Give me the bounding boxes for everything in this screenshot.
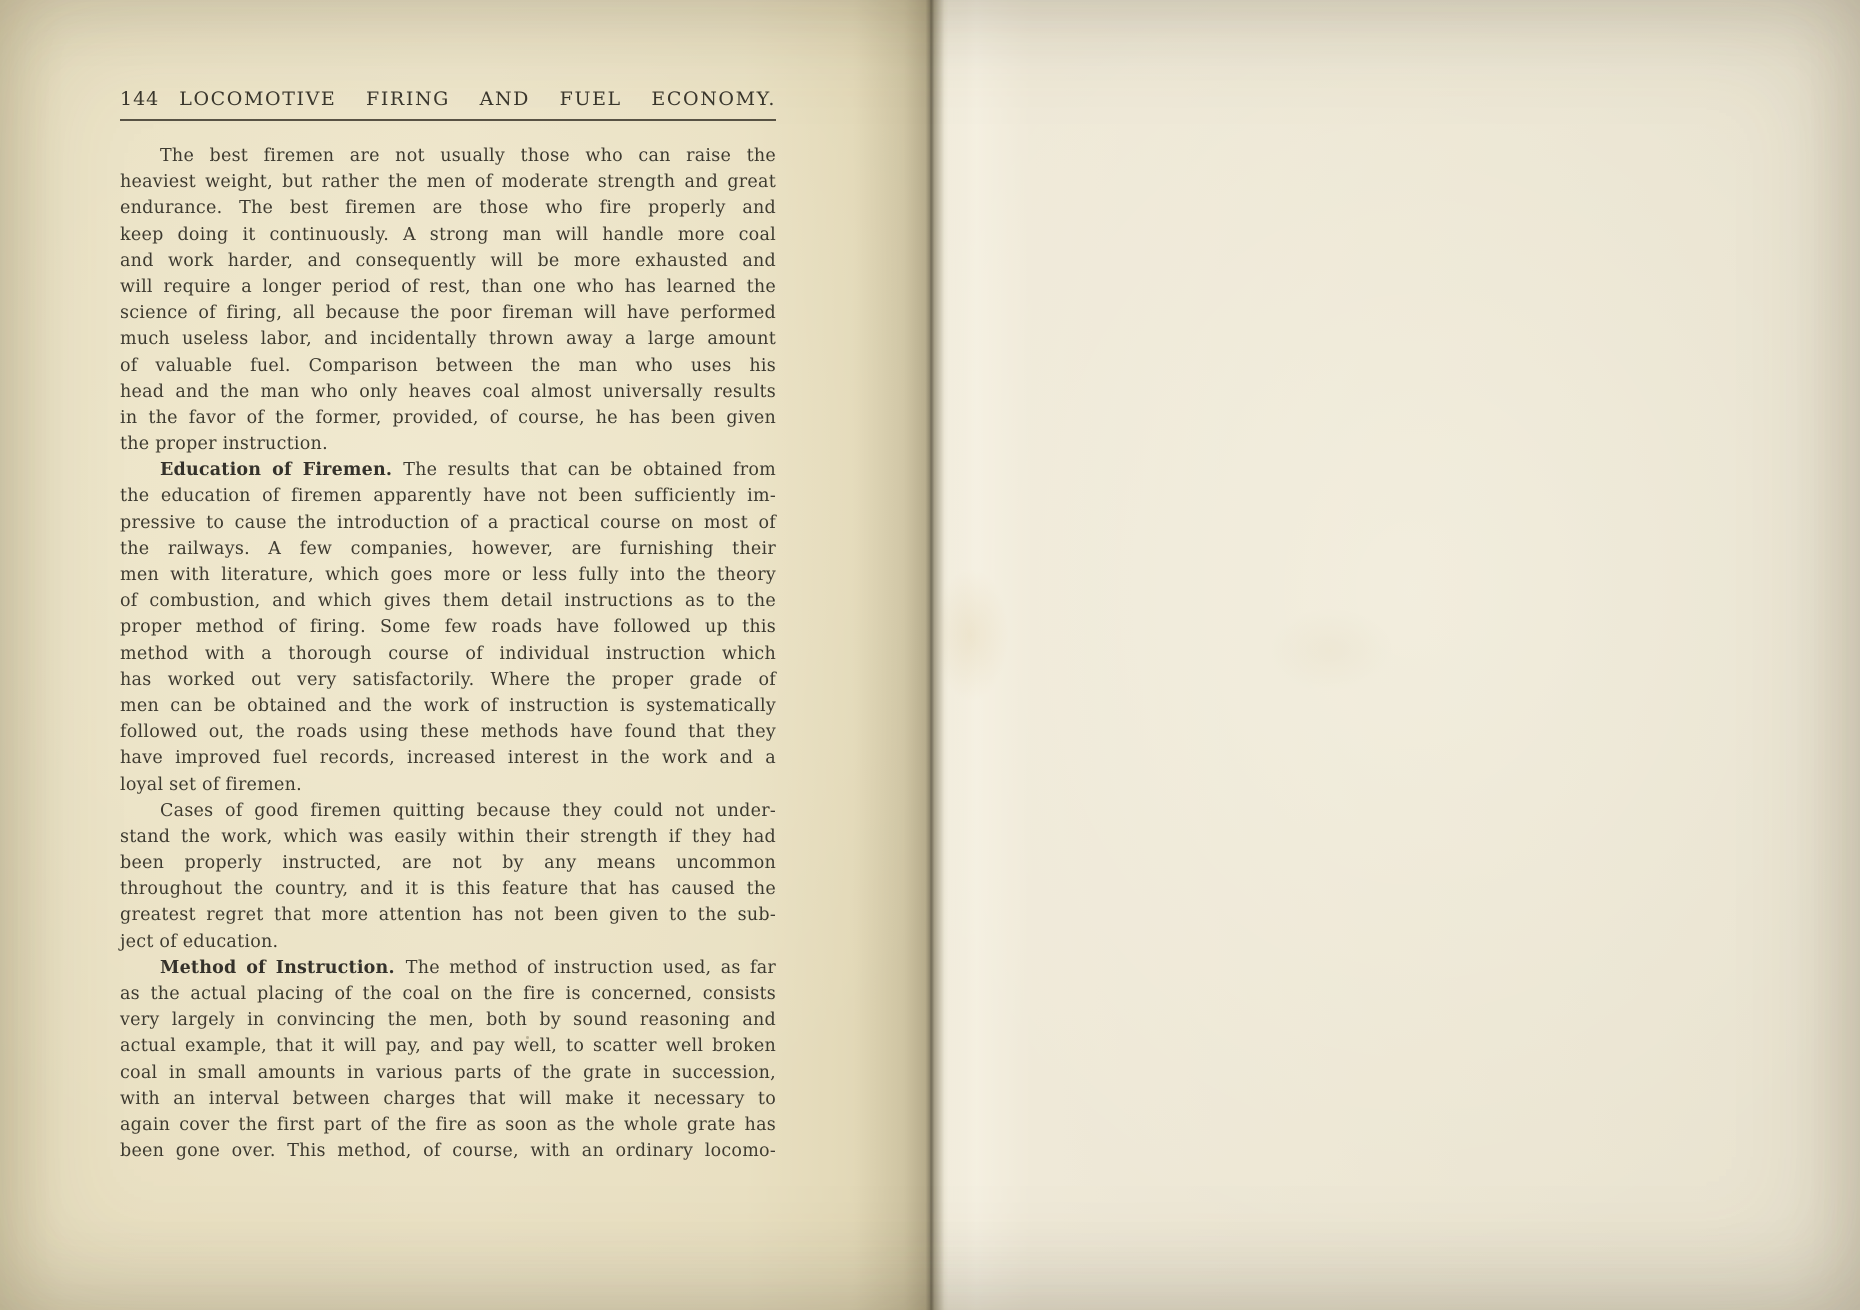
text-line: greatest regret that more attention has … xyxy=(120,902,776,928)
text-line: have improved fuel records, increased in… xyxy=(120,745,776,771)
page-title: LOCOMOTIVE FIRING AND FUEL ECONOMY. xyxy=(179,88,776,110)
page-number: 144 xyxy=(120,88,159,110)
text-line: proper method of firing. Some few roads … xyxy=(120,614,776,640)
text-line: pressive to cause the introduction of a … xyxy=(120,510,776,536)
book-scan: 144 LOCOMOTIVE FIRING AND FUEL ECONOMY. … xyxy=(0,0,1860,1310)
text-line: head and the man who only heaves coal al… xyxy=(120,379,776,405)
text-line: loyal set of firemen. xyxy=(120,772,776,798)
text-line: Education of Firemen.The results that ca… xyxy=(120,457,776,483)
text-line: stand the work, which was easily within … xyxy=(120,824,776,850)
text-line: again cover the first part of the fire a… xyxy=(120,1112,776,1138)
text-line: in the favor of the former, provided, of… xyxy=(120,405,776,431)
text-line: science of firing, all because the poor … xyxy=(120,300,776,326)
text-line: the education of firemen apparently have… xyxy=(120,483,776,509)
text-line: as the actual placing of the coal on the… xyxy=(120,981,776,1007)
paragraph: Method of Instruction.The method of inst… xyxy=(120,955,776,1165)
running-head: 144 LOCOMOTIVE FIRING AND FUEL ECONOMY. xyxy=(120,88,776,110)
text-line: has worked out very satisfactorily. Wher… xyxy=(120,667,776,693)
left-page: 144 LOCOMOTIVE FIRING AND FUEL ECONOMY. … xyxy=(0,0,930,1310)
paragraph: The best firemen are not usually those w… xyxy=(120,143,776,457)
text-line: The best firemen are not usually those w… xyxy=(120,143,776,169)
text-line: men with literature, which goes more or … xyxy=(120,562,776,588)
text-line: heaviest weight, but rather the men of m… xyxy=(120,169,776,195)
text-line: Method of Instruction.The method of inst… xyxy=(120,955,776,981)
text-line: endurance. The best firemen are those wh… xyxy=(120,195,776,221)
text-line: of combustion, and which gives them deta… xyxy=(120,588,776,614)
text-line: very largely in convincing the men, both… xyxy=(120,1007,776,1033)
text-line: Cases of good firemen quitting because t… xyxy=(120,798,776,824)
section-heading: Education of Firemen. xyxy=(160,460,392,480)
right-page xyxy=(930,0,1860,1310)
paragraph: Cases of good firemen quitting because t… xyxy=(120,798,776,955)
header-rule xyxy=(120,119,776,121)
text-line: followed out, the roads using these meth… xyxy=(120,719,776,745)
text-line: ject of education. xyxy=(120,929,776,955)
text-line: will require a longer period of rest, th… xyxy=(120,274,776,300)
text-block: The best firemen are not usually those w… xyxy=(120,143,776,1164)
text-line: keep doing it continuously. A strong man… xyxy=(120,222,776,248)
text-line: coal in small amounts in various parts o… xyxy=(120,1060,776,1086)
text-line: the proper instruction. xyxy=(120,431,776,457)
text-line: been gone over. This method, of course, … xyxy=(120,1138,776,1164)
text-line: with an interval between charges that wi… xyxy=(120,1086,776,1112)
text-line: actual example, that it will pay, and pa… xyxy=(120,1033,776,1059)
text-line: and work harder, and consequently will b… xyxy=(120,248,776,274)
section-heading: Method of Instruction. xyxy=(160,958,395,978)
text-line: much useless labor, and incidentally thr… xyxy=(120,326,776,352)
text-line: been properly instructed, are not by any… xyxy=(120,850,776,876)
text-line: throughout the country, and it is this f… xyxy=(120,876,776,902)
paragraph: Education of Firemen.The results that ca… xyxy=(120,457,776,797)
text-line: men can be obtained and the work of inst… xyxy=(120,693,776,719)
text-line: the railways. A few companies, however, … xyxy=(120,536,776,562)
text-line: method with a thorough course of individ… xyxy=(120,641,776,667)
text-line: of valuable fuel. Comparison between the… xyxy=(120,353,776,379)
